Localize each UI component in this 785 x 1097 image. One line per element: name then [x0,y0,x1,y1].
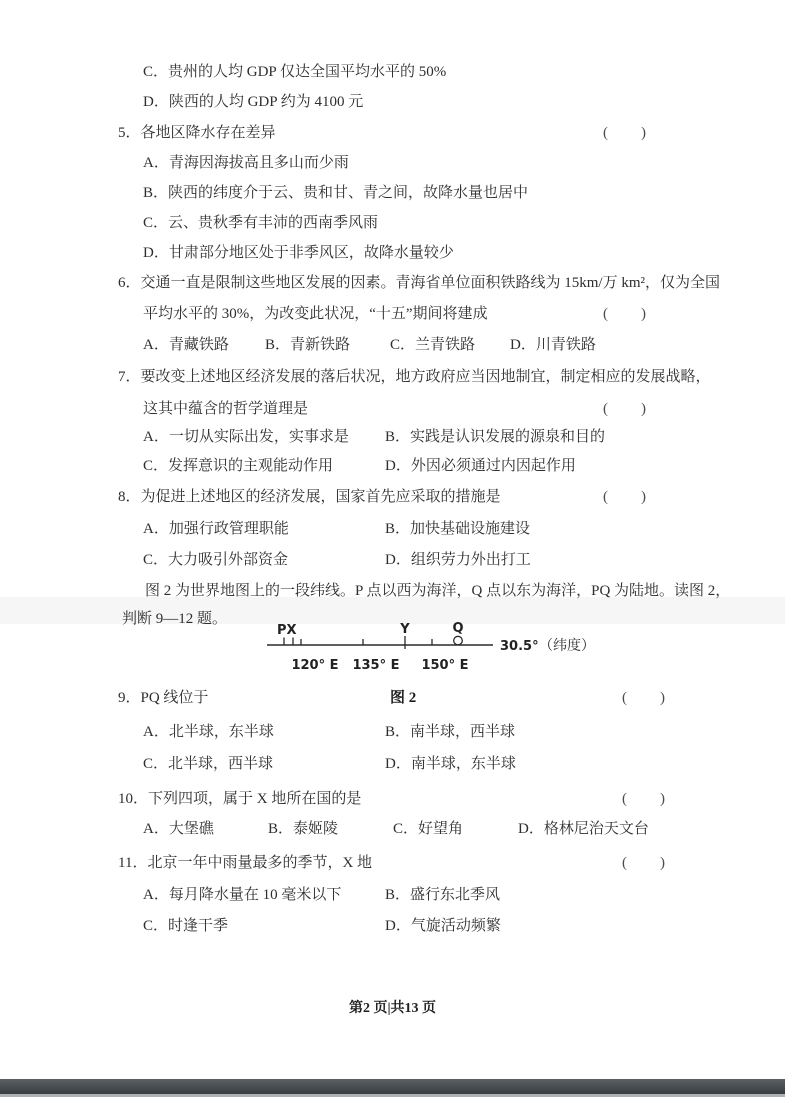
window-bottom-bar [0,1079,785,1094]
question-9-option-b: B．南半球，西半球 [385,724,515,741]
figure-intro-line2: 判断 9—12 题。 [122,611,227,628]
question-7-option-a: A．一切从实际出发，实事求是 [143,429,349,446]
question-6-stem-line2: 平均水平的 30%，为改变此状况，“十五”期间将建成 [143,306,488,323]
question-11-option-a: A．每月降水量在 10 毫米以下 [143,887,341,904]
question-10-stem: 10．下列四项，属于 X 地所在国的是 [118,791,361,808]
question-6-stem-line2-row: 平均水平的 30%，为改变此状况，“十五”期间将建成 ( ) [0,306,785,328]
question-9-stem: 9．PQ 线位于 [118,690,208,707]
figure-intro-line1-row: 图 2 为世界地图上的一段纬线。P 点以西为海洋，Q 点以东为海洋，PQ 为陆地… [0,583,785,605]
point-q-label: Q [452,621,463,636]
answer-bracket: ( ) [622,791,666,808]
question-8-option-c: C．大力吸引外部资金 [143,552,288,569]
question-5-option-b: B．陕西的纬度介于云、贵和甘、青之间，故降水量也居中 [143,185,528,202]
question-10-options-row: A．大堡礁 B．泰姬陵 C．好望角 D．格林尼治天文台 [0,821,785,843]
question-10-option-c: C．好望角 [393,821,463,838]
question-5-stem: 5．各地区降水存在差异 [118,125,276,142]
question-5-option-c: C．云、贵秋季有丰沛的西南季风雨 [143,215,378,232]
question-6-option-c: C．兰青铁路 [390,337,475,354]
question-8-options-cd-row: C．大力吸引外部资金 D．组织劳力外出打工 [0,552,785,574]
question-6-option-a: A．青藏铁路 [143,337,229,354]
latitude-diagram-svg: PX Y Q 30.5° （纬度） 120° E 135° E 150° E [258,612,588,682]
question-7-stem-line2: 这其中蕴含的哲学道理是 [143,401,308,418]
meridian-135e-label: 135° E [352,658,399,673]
question-8-option-d: D．组织劳力外出打工 [385,552,531,569]
question-7-option-c: C．发挥意识的主观能动作用 [143,458,333,475]
question-5-option-d-row: D．甘肃部分地区处于非季风区，故降水量较少 [0,245,785,267]
question-9-options-cd-row: C．北半球，西半球 D．南半球，东半球 [0,756,785,778]
question-7-stem-line1-row: 7．要改变上述地区经济发展的落后状况，地方政府应当因地制宜，制定相应的发展战略， [0,369,785,391]
figure-2-caption: 图 2 [390,690,416,707]
answer-bracket: ( ) [603,489,647,506]
question-4-option-c-row: C．贵州的人均 GDP 仅达全国平均水平的 50% [0,64,785,86]
question-6-options-row: A．青藏铁路 B．青新铁路 C．兰青铁路 D．川青铁路 [0,337,785,359]
meridian-120e-label: 120° E [291,658,338,673]
question-7-option-b: B．实践是认识发展的源泉和目的 [385,429,605,446]
question-4-option-d-row: D．陕西的人均 GDP 约为 4100 元 [0,94,785,116]
question-6-stem-line1: 6．交通一直是限制这些地区发展的因素。青海省单位面积铁路线为 15km/万 km… [118,275,720,292]
question-9-option-d: D．南半球，东半球 [385,756,516,773]
page-footer: 第2 页|共13 页 [0,997,785,1017]
question-11-option-b: B．盛行东北季风 [385,887,500,904]
question-6-stem-line1-row: 6．交通一直是限制这些地区发展的因素。青海省单位面积铁路线为 15km/万 km… [0,275,785,297]
question-9-option-c: C．北半球，西半球 [143,756,273,773]
question-11-option-d: D．气旋活动频繁 [385,918,501,935]
question-10-option-a: A．大堡礁 [143,821,214,838]
question-11-stem: 11．北京一年中雨量最多的季节，X 地 [118,855,372,872]
latitude-unit-label: （纬度） [539,637,588,654]
meridian-150e-label: 150° E [421,658,468,673]
question-7-options-ab-row: A．一切从实际出发，实事求是 B．实践是认识发展的源泉和目的 [0,429,785,451]
figure-2-latitude-diagram: PX Y Q 30.5° （纬度） 120° E 135° E 150° E [258,612,588,682]
question-4-option-d: D．陕西的人均 GDP 约为 4100 元 [143,94,363,111]
question-11-options-ab-row: A．每月降水量在 10 毫米以下 B．盛行东北季风 [0,887,785,909]
question-9-stem-row: 9．PQ 线位于 图 2 ( ) [0,690,785,712]
answer-bracket: ( ) [603,125,647,142]
question-8-stem: 8．为促进上述地区的经济发展，国家首先应采取的措施是 [118,489,501,506]
point-q-marker [454,636,463,645]
question-8-option-b: B．加快基础设施建设 [385,521,530,538]
question-10-option-d: D．格林尼治天文台 [518,821,649,838]
question-10-stem-row: 10．下列四项，属于 X 地所在国的是 ( ) [0,791,785,813]
question-8-stem-row: 8．为促进上述地区的经济发展，国家首先应采取的措施是 ( ) [0,489,785,511]
question-7-stem-line1: 7．要改变上述地区经济发展的落后状况，地方政府应当因地制宜，制定相应的发展战略， [118,369,711,386]
question-11-options-cd-row: C．时逢干季 D．气旋活动频繁 [0,918,785,940]
question-8-option-a: A．加强行政管理职能 [143,521,289,538]
answer-bracket: ( ) [622,690,666,707]
question-4-option-c: C．贵州的人均 GDP 仅达全国平均水平的 50% [143,64,446,81]
question-8-options-ab-row: A．加强行政管理职能 B．加快基础设施建设 [0,521,785,543]
question-11-stem-row: 11．北京一年中雨量最多的季节，X 地 ( ) [0,855,785,877]
question-9-options-ab-row: A．北半球，东半球 B．南半球，西半球 [0,724,785,746]
question-7-option-d: D．外因必须通过内因起作用 [385,458,576,475]
point-px-label: PX [277,623,297,638]
question-5-stem-row: 5．各地区降水存在差异 ( ) [0,125,785,147]
question-6-option-b: B．青新铁路 [265,337,350,354]
question-5-option-a: A．青海因海拔高且多山而少雨 [143,155,349,172]
answer-bracket: ( ) [603,401,647,418]
question-7-stem-line2-row: 这其中蕴含的哲学道理是 ( ) [0,401,785,423]
question-5-option-a-row: A．青海因海拔高且多山而少雨 [0,155,785,177]
question-6-option-d: D．川青铁路 [510,337,596,354]
question-7-options-cd-row: C．发挥意识的主观能动作用 D．外因必须通过内因起作用 [0,458,785,480]
figure-intro-line1: 图 2 为世界地图上的一段纬线。P 点以西为海洋，Q 点以东为海洋，PQ 为陆地… [145,583,730,600]
question-5-option-b-row: B．陕西的纬度介于云、贵和甘、青之间，故降水量也居中 [0,185,785,207]
answer-bracket: ( ) [603,306,647,323]
question-9-option-a: A．北半球，东半球 [143,724,274,741]
question-11-option-c: C．时逢干季 [143,918,228,935]
answer-bracket: ( ) [622,855,666,872]
question-5-option-c-row: C．云、贵秋季有丰沛的西南季风雨 [0,215,785,237]
question-10-option-b: B．泰姬陵 [268,821,338,838]
latitude-value-label: 30.5° [500,639,539,654]
question-5-option-d: D．甘肃部分地区处于非季风区，故降水量较少 [143,245,454,262]
point-y-label: Y [399,622,410,637]
